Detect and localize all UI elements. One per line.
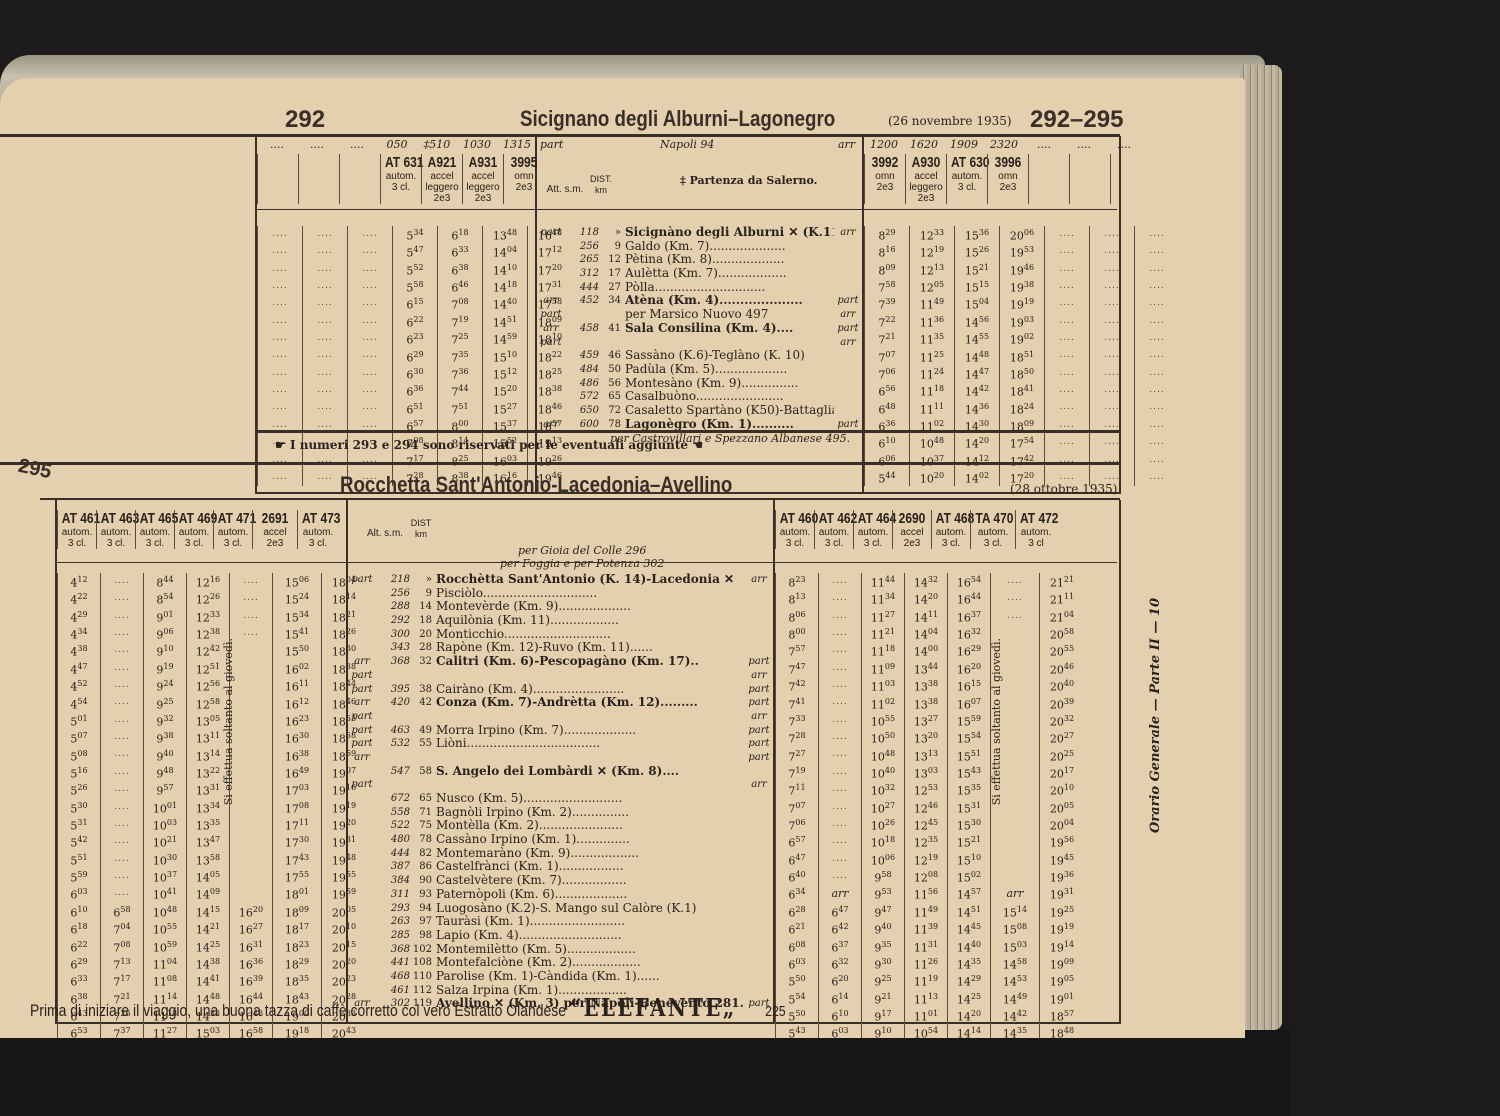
station-altitude: 293 — [376, 902, 410, 916]
table-row: 640....958120815021936 — [776, 868, 1085, 885]
direction-label — [348, 943, 376, 957]
time-cell: 1149 — [910, 295, 955, 312]
origin-time: .... — [337, 138, 377, 151]
station-altitude: 572 — [565, 390, 599, 404]
station-distance: 98 — [410, 929, 436, 943]
station-row: 26512Pètina (Km. 8)................... — [537, 253, 862, 267]
time-cell: .... — [1135, 243, 1180, 260]
time-cell: 1216 — [187, 573, 230, 590]
train-number: AT 468 — [936, 510, 966, 527]
time-cell: 1848 — [1040, 1024, 1085, 1038]
time-cell: 542 — [58, 833, 101, 850]
time-cell: arr — [819, 885, 862, 902]
time-cell: 1126 — [905, 955, 948, 972]
station-distance: 65 — [599, 390, 625, 404]
time-cell: .... — [258, 313, 303, 330]
time-cell: 757 — [776, 642, 819, 659]
time-cell: 932 — [144, 712, 187, 729]
train-column-header: AT 473autom.3 cl. — [297, 510, 338, 549]
time-cell — [230, 695, 273, 712]
train-class: 3 cl. — [776, 538, 814, 549]
origin-time: 1200 — [864, 138, 904, 151]
station-distance: 12 — [599, 253, 625, 267]
time-cell: 1535 — [948, 781, 991, 798]
time-cell: 1118 — [910, 382, 955, 399]
time-cell: 1620 — [230, 903, 273, 920]
time-cell: .... — [819, 851, 862, 868]
time-cell: 629 — [393, 348, 438, 365]
direction-label — [745, 929, 773, 943]
time-cell: 1448 — [955, 348, 1000, 365]
table-row: 530....1001133417081919 — [58, 799, 367, 816]
train-number: AT 473 — [302, 510, 334, 527]
train-type: autom. — [97, 527, 135, 538]
station-altitude — [565, 308, 599, 322]
station-distance: 49 — [410, 724, 436, 738]
station-row: 65072Casaletto Spartàno (K50)-Battaglia … — [537, 404, 862, 418]
time-cell: 1521 — [948, 833, 991, 850]
time-cell: 1841 — [1000, 382, 1045, 399]
time-cell: .... — [819, 833, 862, 850]
time-cell: 1418 — [483, 278, 528, 295]
time-cell: 717 — [101, 972, 144, 989]
time-cell: 1510 — [483, 348, 528, 365]
direction-label — [745, 806, 773, 820]
station-row: part218»Rocchètta Sant'Antonio (K. 14)-L… — [348, 573, 773, 587]
train-number: AT 472 — [1020, 510, 1052, 527]
train-number: 3995 — [508, 154, 540, 171]
direction-label: part — [348, 737, 376, 751]
table-row: 412....8441216....15061804 — [58, 573, 367, 590]
station-altitude: 484 — [565, 363, 599, 377]
time-cell: 708 — [101, 938, 144, 955]
time-cell: 429 — [58, 608, 101, 625]
train-type: accel leggero — [463, 171, 503, 193]
station-name — [625, 336, 834, 350]
table-295-down-train-headers: AT 461autom.3 cl.AT 463autom.3 cl.AT 465… — [57, 510, 338, 549]
station-distance — [410, 710, 436, 724]
station-altitude: 256 — [565, 240, 599, 254]
table-row: 603....1041140918011959 — [58, 885, 367, 902]
time-cell: 1824 — [1000, 400, 1045, 417]
time-cell: .... — [1090, 382, 1135, 399]
direction-label — [348, 614, 376, 628]
time-cell: 552 — [393, 261, 438, 278]
table-row: 438....910124215501830 — [58, 642, 367, 659]
time-cell: .... — [101, 781, 144, 798]
train-number: 2690 — [897, 510, 927, 527]
time-cell — [230, 833, 273, 850]
station-altitude: 532 — [376, 737, 410, 751]
time-cell — [230, 851, 273, 868]
time-cell: .... — [303, 261, 348, 278]
time-cell: 1111 — [910, 400, 955, 417]
time-cell: 1139 — [905, 920, 948, 937]
time-cell: .... — [303, 330, 348, 347]
time-cell: 2004 — [1040, 816, 1085, 833]
direction-label — [745, 614, 773, 628]
altitude-header: Att. s.m. — [545, 184, 585, 195]
table-row: 559....1037140517551955 — [58, 868, 367, 885]
station-altitude: 452 — [565, 294, 599, 308]
table-295-up-train-headers: AT 460autom.3 cl.AT 462autom.3 cl.AT 464… — [775, 510, 1056, 549]
station-row: 29394Luogosàno (K.2)-S. Mango sul Calòre… — [348, 902, 773, 916]
train-column-header — [1069, 154, 1110, 204]
time-cell: .... — [101, 868, 144, 885]
time-cell: .... — [991, 608, 1040, 625]
time-cell: 638 — [438, 261, 483, 278]
table-row: 61870410551421162718172010 — [58, 920, 367, 937]
direction-label — [348, 792, 376, 806]
time-cell: 1020 — [910, 469, 955, 486]
train-class: 3 cl. — [381, 182, 421, 193]
station-name — [436, 669, 745, 683]
table-292-stations: part118»Sicignàno degli Alburni ✕ (K.11)… — [537, 226, 862, 431]
station-row: 2569Galdo (Km. 7).................... — [537, 240, 862, 254]
direction-label — [834, 377, 862, 391]
station-distance: 82 — [410, 847, 436, 861]
train-column-header: AT 461autom.3 cl. — [57, 510, 96, 549]
time-cell: .... — [1090, 313, 1135, 330]
time-cell: 813 — [776, 590, 819, 607]
time-cell: .... — [1135, 226, 1180, 243]
train-class: 3 cl. — [175, 538, 213, 549]
time-cell: 1412 — [955, 452, 1000, 469]
direction-label — [834, 363, 862, 377]
time-cell: 1459 — [483, 330, 528, 347]
time-cell: 1602 — [273, 660, 322, 677]
time-cell: 1127 — [144, 1024, 187, 1038]
direction-label — [348, 833, 376, 847]
time-cell: 2111 — [1040, 590, 1085, 607]
time-cell: 1101 — [905, 1007, 948, 1024]
time-cell: .... — [348, 295, 393, 312]
direction-label — [745, 943, 773, 957]
origin-time: 1315 — [497, 138, 537, 151]
station-distance: 18 — [410, 614, 436, 628]
station-name: Pòlla............................. — [625, 281, 834, 295]
origin-time: .... — [1024, 138, 1064, 151]
time-cell: 727 — [776, 747, 819, 764]
train-class: 3 cl. — [214, 538, 252, 549]
train-number: 2691 — [257, 510, 292, 527]
time-cell: .... — [1090, 365, 1135, 382]
train-type: autom. — [136, 527, 174, 538]
time-cell: 1550 — [273, 642, 322, 659]
distance-header: DIST. km — [590, 174, 612, 196]
table-row: ............65175115271846 — [258, 400, 573, 417]
train-number: AT 461 — [62, 510, 92, 527]
direction-label — [745, 628, 773, 642]
table-row: 454....925125816121846 — [58, 695, 367, 712]
time-cell: 1411 — [905, 608, 948, 625]
train-number: 3996 — [992, 154, 1024, 171]
train-class: 3 cl. — [58, 538, 96, 549]
time-cell: 1032 — [862, 781, 905, 798]
station-row: 48450Padùla (Km. 5)................... — [537, 363, 862, 377]
pointing-hand-icon: ☛ — [275, 438, 290, 452]
time-cell: .... — [1135, 313, 1180, 330]
time-cell: 1108 — [144, 972, 187, 989]
time-cell: 1919 — [1000, 295, 1045, 312]
time-cell: 1953 — [1000, 243, 1045, 260]
time-cell: 2039 — [1040, 695, 1085, 712]
direction-label — [348, 847, 376, 861]
time-cell: 1429 — [948, 972, 991, 989]
station-distance: 75 — [410, 819, 436, 833]
time-cell: 507 — [58, 729, 101, 746]
time-cell: .... — [230, 625, 273, 642]
station-distance: 108 — [410, 956, 436, 970]
time-cell: .... — [1045, 226, 1090, 243]
time-cell: .... — [1135, 278, 1180, 295]
station-distance: 90 — [410, 874, 436, 888]
time-cell: 603 — [58, 885, 101, 902]
time-cell: 919 — [144, 660, 187, 677]
train-class: 3 cl. — [971, 538, 1015, 549]
time-cell: 704 — [101, 920, 144, 937]
station-name: Monticchio............................ — [436, 628, 745, 642]
time-cell: 544 — [865, 469, 910, 486]
time-cell: .... — [303, 382, 348, 399]
time-cell: 501 — [58, 712, 101, 729]
direction-label: arr — [745, 710, 773, 724]
station-altitude: 672 — [376, 792, 410, 806]
station-row: partarr — [537, 336, 862, 350]
book-page-edge-right — [1240, 65, 1282, 1030]
time-cell: .... — [258, 226, 303, 243]
time-cell: 1502 — [948, 868, 991, 885]
train-type: autom. — [971, 527, 1015, 538]
time-cell: .... — [303, 278, 348, 295]
background-shadow — [0, 1030, 1290, 1116]
table-row: 719....1040130315432017 — [776, 764, 1085, 781]
train-column-header — [1110, 154, 1151, 204]
time-cell: 534 — [393, 226, 438, 243]
time-cell: 1629 — [948, 642, 991, 659]
time-cell: .... — [1045, 434, 1090, 451]
train-column-header: 3992omn2e3 — [864, 154, 905, 204]
station-altitude: 558 — [376, 806, 410, 820]
table-row: 829123315362006............ — [865, 226, 1180, 243]
station-row: arr45234Atèna (Km. 4)...................… — [537, 294, 862, 308]
station-name: Sicignàno degli Alburni ✕ (K.11) — [625, 226, 834, 240]
direction-label: part — [745, 696, 773, 710]
direction-label — [348, 806, 376, 820]
table-row: ............62973515101822 — [258, 348, 573, 365]
direction-label — [745, 641, 773, 655]
time-cell: 2046 — [1040, 660, 1085, 677]
time-cell: .... — [819, 781, 862, 798]
time-cell: 1514 — [991, 903, 1040, 920]
time-cell: 901 — [144, 608, 187, 625]
time-cell: .... — [101, 851, 144, 868]
station-row: 48078Cassàno Irpino (Km. 1).............… — [348, 833, 773, 847]
table-295-down-times: 412....8441216....15061804422....8541226… — [57, 573, 366, 1038]
train-class: 3 cl — [1016, 538, 1056, 549]
table-292-title: Sicignano degli Alburni–Lagonegro — [520, 106, 835, 132]
time-cell: .... — [1135, 348, 1180, 365]
table-row: 758120515151938............ — [865, 278, 1180, 295]
train-number: AT 469 — [179, 510, 209, 527]
time-cell: 1233 — [910, 226, 955, 243]
station-distance: 97 — [410, 915, 436, 929]
station-row: partarr — [348, 710, 773, 724]
table-row: 5436039101054141414351848 — [776, 1024, 1085, 1038]
station-row: 52275Montèlla (Km. 2)...................… — [348, 819, 773, 833]
time-cell: 1503 — [187, 1024, 230, 1038]
station-altitude: 468 — [376, 970, 410, 984]
time-cell: 2040 — [1040, 677, 1085, 694]
time-cell: .... — [1135, 417, 1180, 434]
time-cell: 526 — [58, 781, 101, 798]
time-cell — [230, 764, 273, 781]
origin-time: .... — [1064, 138, 1104, 151]
time-cell: 1520 — [483, 382, 528, 399]
time-cell: 642 — [819, 920, 862, 937]
station-distance: 56 — [599, 377, 625, 391]
time-cell: .... — [1045, 278, 1090, 295]
time-cell: .... — [1045, 400, 1090, 417]
direction-label — [537, 363, 565, 377]
time-cell: 924 — [144, 677, 187, 694]
time-cell — [991, 816, 1040, 833]
time-cell: .... — [230, 573, 273, 590]
time-cell: 737 — [101, 1024, 144, 1038]
train-column-header: 3996omn2e3 — [987, 154, 1028, 204]
time-cell: 1918 — [273, 1024, 322, 1038]
time-cell: .... — [258, 469, 303, 486]
table-row: 806....112714111637....2104 — [776, 608, 1085, 625]
time-cell: 1048 — [144, 903, 187, 920]
time-cell: 516 — [58, 764, 101, 781]
train-type: accel leggero — [422, 171, 462, 193]
station-row: 38786Castelfrànci (Km. 1)...............… — [348, 860, 773, 874]
table-row: ............63674415201838 — [258, 382, 573, 399]
direction-label — [537, 404, 565, 418]
time-cell: 1134 — [862, 590, 905, 607]
time-cell: .... — [1090, 261, 1135, 278]
direction-label — [745, 600, 773, 614]
station-name: Montefalciòne (Km. 2).................. — [436, 956, 745, 970]
table-row: 6216429401139144515081919 — [776, 920, 1085, 937]
connection-napoli: Napoli 94 — [660, 138, 714, 151]
time-cell: 1630 — [273, 729, 322, 746]
time-cell: 1313 — [905, 747, 948, 764]
time-cell: 1708 — [273, 799, 322, 816]
table-row: ............71782516031926 — [258, 452, 573, 469]
train-class: 2e3 — [988, 182, 1028, 193]
station-distance: 86 — [410, 860, 436, 874]
table-row: 447....919125116021838 — [58, 660, 367, 677]
table-row: 61065810481415162018092005 — [58, 903, 367, 920]
table-295-number: 295 — [16, 455, 53, 484]
time-cell: 653 — [58, 1024, 101, 1038]
time-cell: .... — [101, 608, 144, 625]
time-cell: 1102 — [862, 695, 905, 712]
station-row: 67265Nusco (Km. 5)......................… — [348, 792, 773, 806]
table-row: 516....948132216491907 — [58, 764, 367, 781]
time-cell: 1755 — [273, 868, 322, 885]
time-cell: 917 — [862, 1007, 905, 1024]
train-type: accel — [893, 527, 931, 538]
time-cell: 1730 — [273, 833, 322, 850]
station-altitude: 547 — [376, 765, 410, 779]
time-cell: .... — [101, 764, 144, 781]
table-row: 422....8541226....15241814 — [58, 590, 367, 607]
time-cell: 809 — [865, 261, 910, 278]
time-cell: 647 — [776, 851, 819, 868]
table-row: 823....114414321654....2121 — [776, 573, 1085, 590]
station-row: part118»Sicignàno degli Alburni ✕ (K.11)… — [537, 226, 862, 240]
table-row: ............61570814401758 — [258, 295, 573, 312]
time-cell: .... — [1090, 348, 1135, 365]
direction-label: part — [834, 294, 862, 308]
station-altitude: 368 — [376, 655, 410, 669]
time-cell: 610 — [58, 903, 101, 920]
direction-label: arr — [745, 573, 773, 587]
time-cell: 953 — [862, 885, 905, 902]
time-cell: .... — [1090, 330, 1135, 347]
time-cell: .... — [819, 747, 862, 764]
time-cell: 1554 — [948, 729, 991, 746]
station-row: 30020Monticchio.........................… — [348, 628, 773, 642]
train-type: omn — [865, 171, 905, 182]
station-altitude: 285 — [376, 929, 410, 943]
table-row: 707....1027124615312005 — [776, 799, 1085, 816]
table-row: 526....957133117031916 — [58, 781, 367, 798]
time-cell: 1631 — [230, 938, 273, 955]
table-row: 610104814201754............ — [865, 434, 1180, 451]
station-distance: 94 — [410, 902, 436, 916]
time-cell: 1515 — [955, 278, 1000, 295]
origin-time: .... — [257, 138, 297, 151]
station-distance: 71 — [410, 806, 436, 820]
table-292-up-train-headers: 3992omn2e3A930accel leggero2e3AT 630auto… — [864, 154, 1151, 204]
station-distance: 65 — [410, 792, 436, 806]
origin-time: .... — [297, 138, 337, 151]
time-cell: 1055 — [144, 920, 187, 937]
time-cell: 1048 — [862, 747, 905, 764]
time-cell: 434 — [58, 625, 101, 642]
direction-label — [745, 833, 773, 847]
time-cell: 1743 — [273, 851, 322, 868]
time-cell: 1048 — [910, 434, 955, 451]
train-type: autom. — [776, 527, 814, 538]
station-name: Parolise (Km. 1)-Càndida (Km. 1)...... — [436, 970, 745, 984]
time-cell: 1711 — [273, 816, 322, 833]
time-cell: 719 — [776, 764, 819, 781]
time-cell: .... — [230, 590, 273, 607]
time-cell: 1447 — [955, 365, 1000, 382]
table-row: ............63073615121825 — [258, 365, 573, 382]
direction-label — [348, 929, 376, 943]
time-cell: 1521 — [955, 261, 1000, 278]
station-name: Calitri (Km. 6)-Pescopagàno (Km. 17).. — [436, 655, 745, 669]
time-cell: .... — [258, 365, 303, 382]
station-altitude — [376, 778, 410, 792]
time-cell: 739 — [865, 295, 910, 312]
direction-label — [834, 253, 862, 267]
train-class: 3 cl. — [947, 182, 987, 193]
station-name: Montemaràno (Km. 9).................. — [436, 847, 745, 861]
time-cell: 1435 — [991, 1024, 1040, 1038]
connection-arr-label: arr — [838, 138, 855, 151]
time-cell: 1135 — [910, 330, 955, 347]
time-cell: .... — [101, 799, 144, 816]
station-altitude: 256 — [376, 587, 410, 601]
direction-label: arr — [745, 669, 773, 683]
